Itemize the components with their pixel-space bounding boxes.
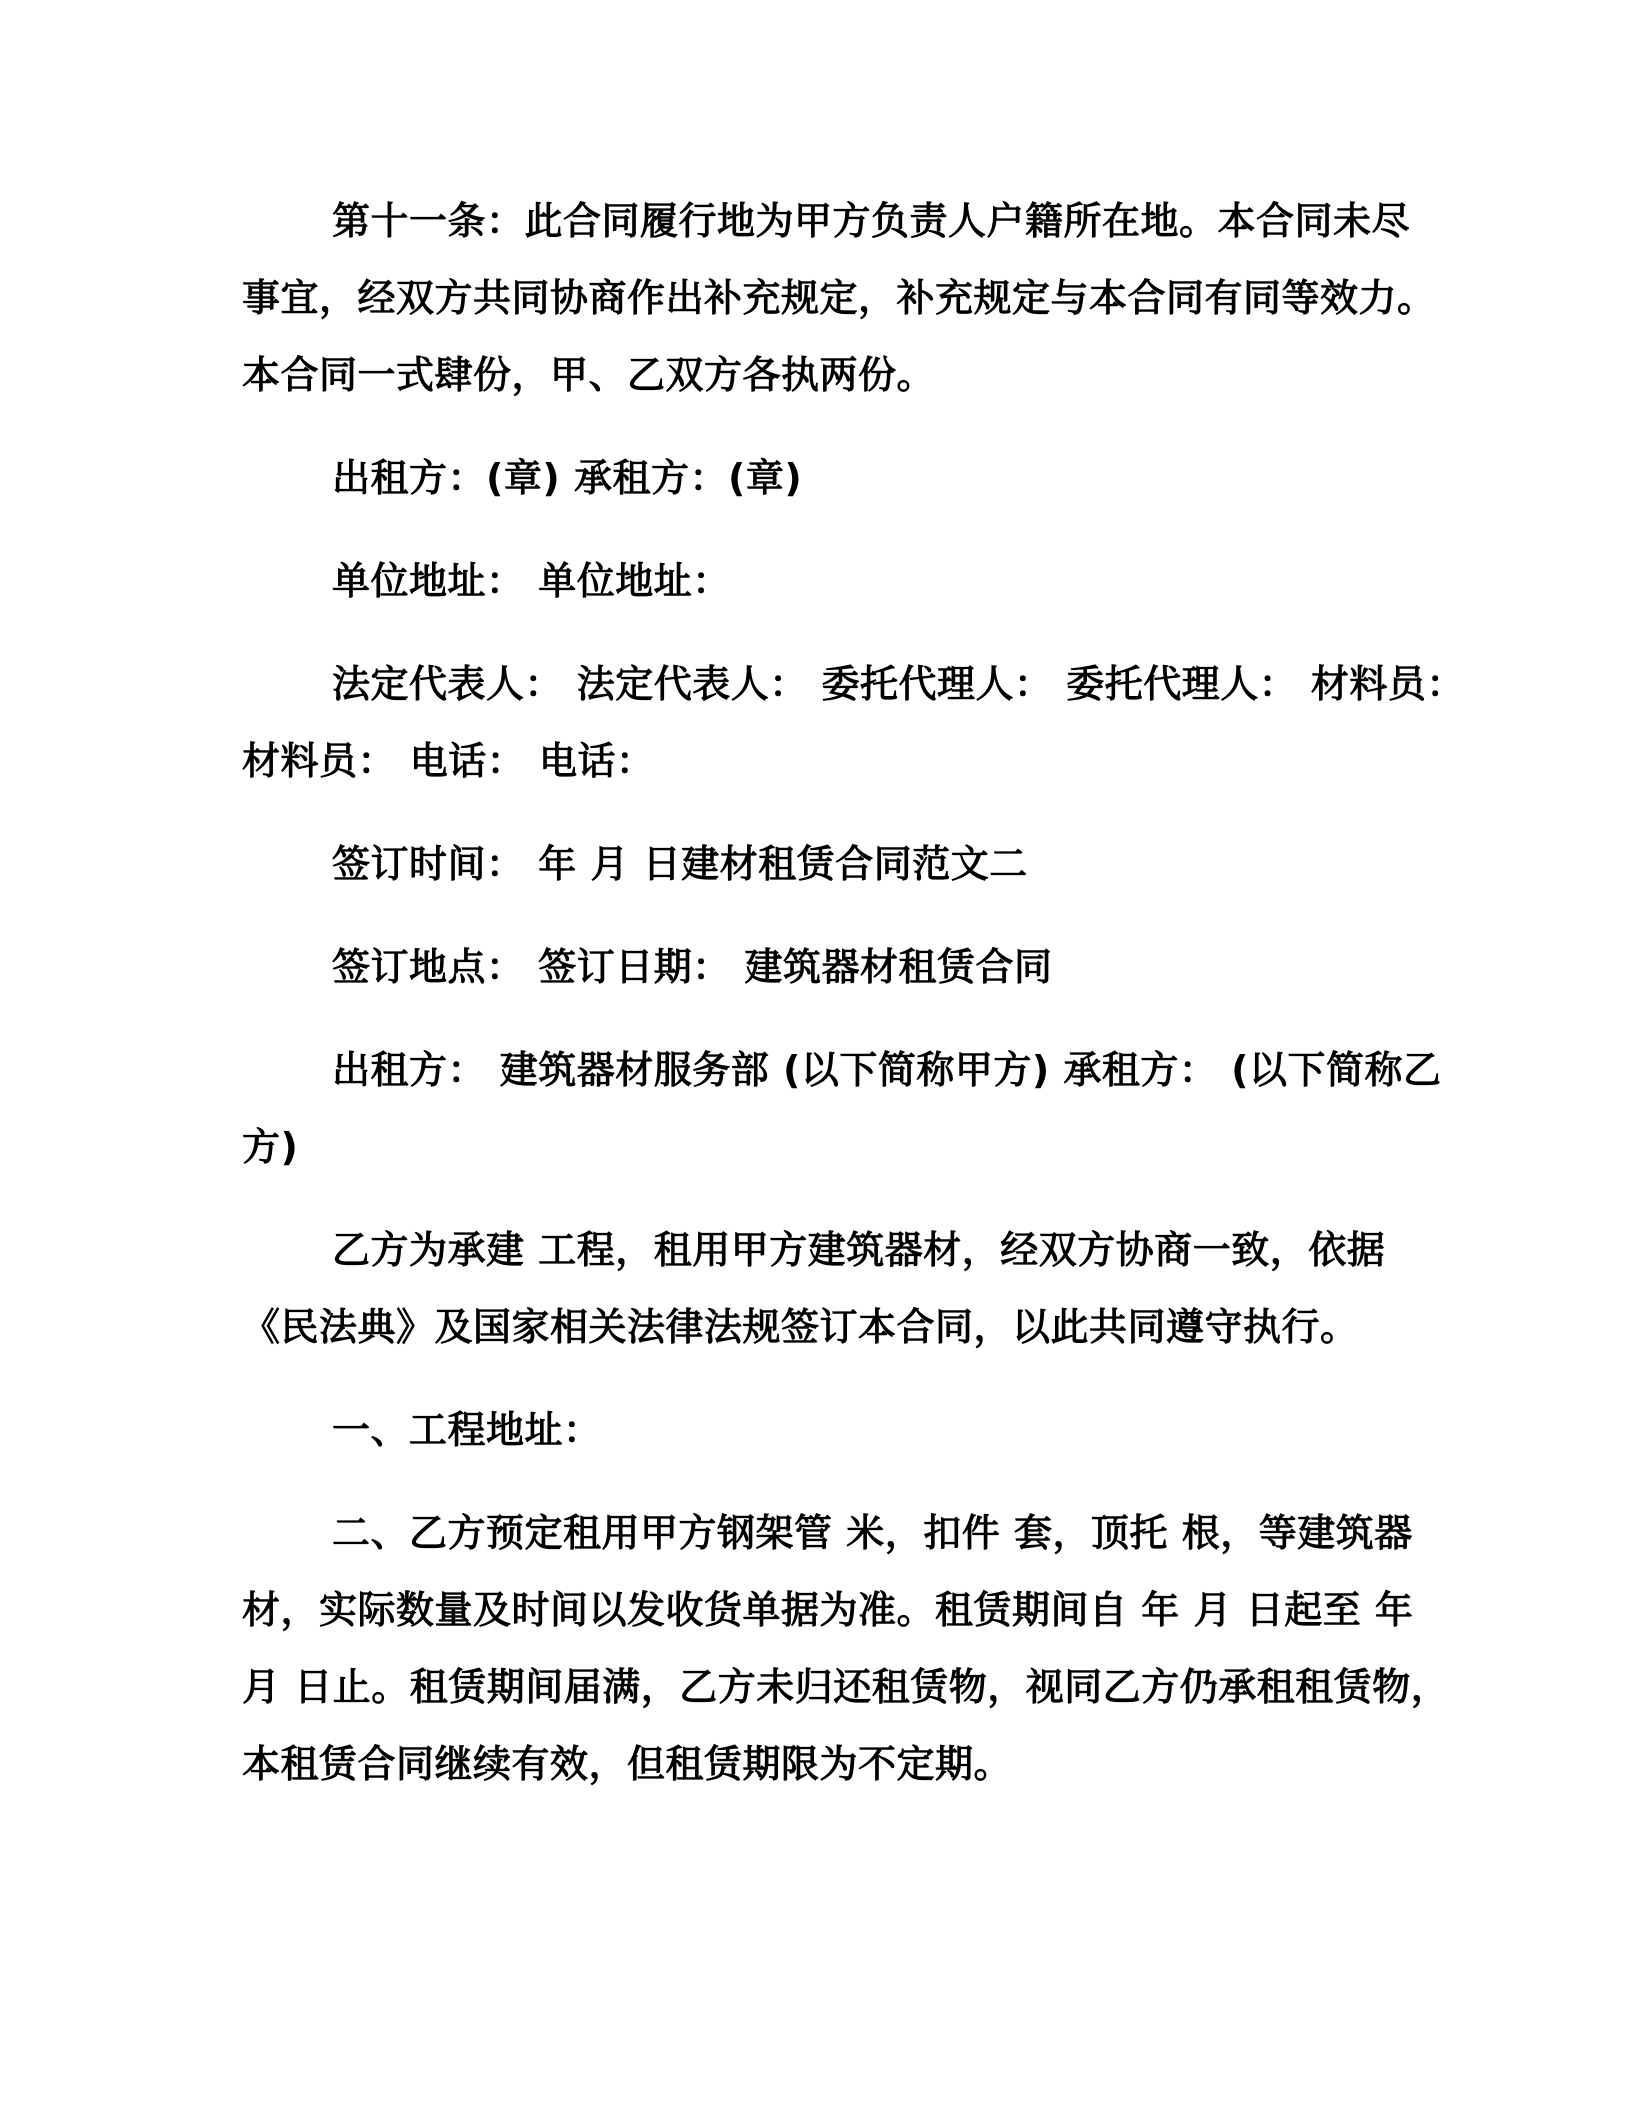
paragraph-line: 出租方：(章) 承租方：(章) bbox=[242, 440, 1422, 517]
preamble-paragraph: 乙方为承建 工程，租用甲方建筑器材，经双方协商一致，依据 《民法典》及国家相关法… bbox=[242, 1212, 1422, 1366]
unit-address-paragraph: 单位地址： 单位地址： bbox=[242, 543, 1422, 620]
article-1-project-address-paragraph: 一、工程地址： bbox=[242, 1392, 1422, 1469]
paragraph-line: 法定代表人： 法定代表人： 委托代理人： 委托代理人： 材料员： bbox=[242, 646, 1422, 723]
paragraph-line: 二、乙方预定租用甲方钢架管 米，扣件 套，顶托 根，等建筑器 bbox=[242, 1495, 1422, 1572]
paragraph-line: 一、工程地址： bbox=[242, 1392, 1422, 1469]
paragraph-line: 乙方为承建 工程，租用甲方建筑器材，经双方协商一致，依据 bbox=[242, 1212, 1422, 1289]
paragraph-line: 本租赁合同继续有效，但租赁期限为不定期。 bbox=[242, 1726, 1422, 1803]
paragraph-line: 材料员： 电话： 电话： bbox=[242, 723, 1422, 800]
signing-time-paragraph: 签订时间： 年 月 日建材租赁合同范文二 bbox=[242, 826, 1422, 903]
signing-place-paragraph: 签订地点： 签订日期： 建筑器材租赁合同 bbox=[242, 929, 1422, 1006]
paragraph-line: 单位地址： 单位地址： bbox=[242, 543, 1422, 620]
paragraph-line: 月 日止。租赁期间届满，乙方未归还租赁物，视同乙方仍承租租赁物， bbox=[242, 1649, 1422, 1726]
paragraph-line: 第十一条：此合同履行地为甲方负责人户籍所在地。本合同未尽 bbox=[242, 183, 1422, 260]
clause-11-paragraph: 第十一条：此合同履行地为甲方负责人户籍所在地。本合同未尽 事宜，经双方共同协商作… bbox=[242, 183, 1422, 414]
paragraph-line: 方) bbox=[242, 1109, 1422, 1186]
paragraph-line: 签订时间： 年 月 日建材租赁合同范文二 bbox=[242, 826, 1422, 903]
contract-page: 第十一条：此合同履行地为甲方负责人户籍所在地。本合同未尽 事宜，经双方共同协商作… bbox=[0, 0, 1632, 2112]
paragraph-line: 《民法典》及国家相关法律法规签订本合同，以此共同遵守执行。 bbox=[242, 1289, 1422, 1366]
article-2-rental-terms-paragraph: 二、乙方预定租用甲方钢架管 米，扣件 套，顶托 根，等建筑器 材，实际数量及时间… bbox=[242, 1495, 1422, 1803]
paragraph-line: 事宜，经双方共同协商作出补充规定，补充规定与本合同有同等效力。 bbox=[242, 260, 1422, 337]
lessor-lessee-seal-paragraph: 出租方：(章) 承租方：(章) bbox=[242, 440, 1422, 517]
legal-representative-paragraph: 法定代表人： 法定代表人： 委托代理人： 委托代理人： 材料员： 材料员： 电话… bbox=[242, 646, 1422, 800]
document-body: 第十一条：此合同履行地为甲方负责人户籍所在地。本合同未尽 事宜，经双方共同协商作… bbox=[0, 0, 1632, 1803]
paragraph-line: 签订地点： 签订日期： 建筑器材租赁合同 bbox=[242, 929, 1422, 1006]
paragraph-line: 出租方： 建筑器材服务部 (以下简称甲方) 承租方： (以下简称乙 bbox=[242, 1032, 1422, 1109]
parties-paragraph: 出租方： 建筑器材服务部 (以下简称甲方) 承租方： (以下简称乙 方) bbox=[242, 1032, 1422, 1186]
paragraph-line: 本合同一式肆份，甲、乙双方各执两份。 bbox=[242, 337, 1422, 414]
paragraph-line: 材，实际数量及时间以发收货单据为准。租赁期间自 年 月 日起至 年 bbox=[242, 1572, 1422, 1649]
